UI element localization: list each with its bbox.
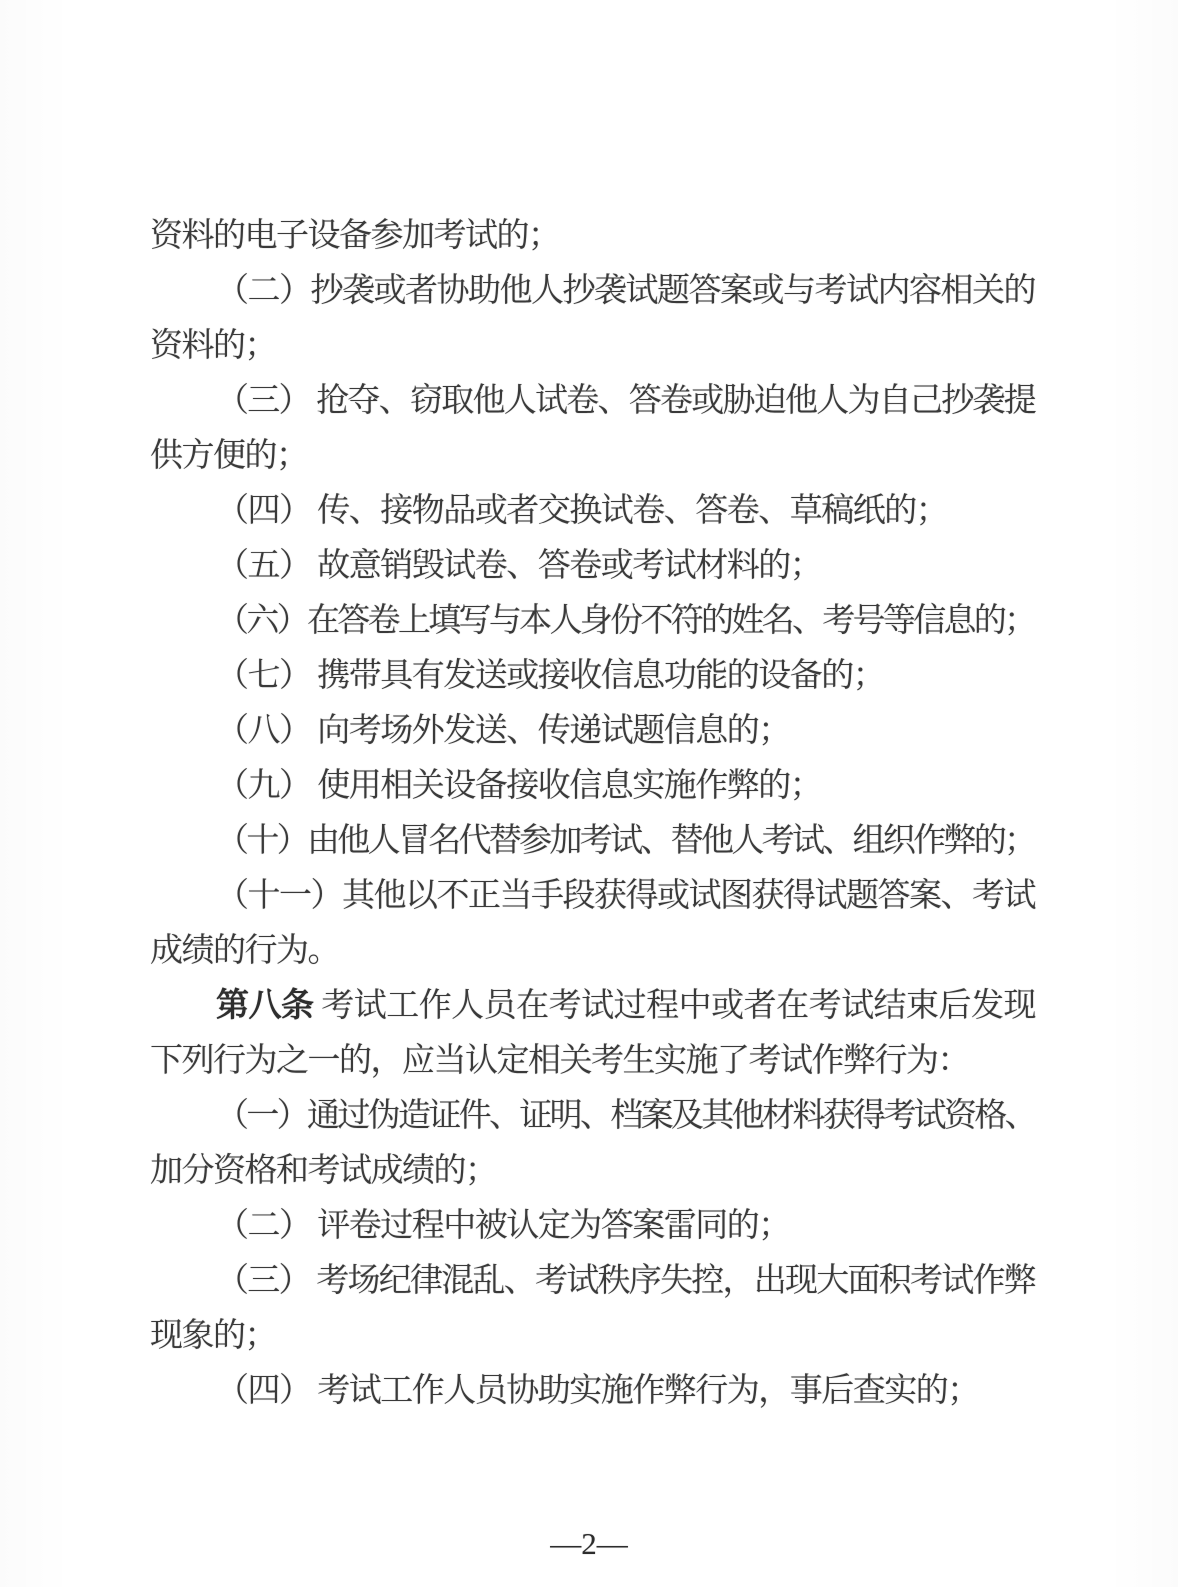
text-line: （一）通过伪造证件、证明、档案及其他材料获得考试资格、 [150, 1089, 1035, 1144]
article-number: 第八条 [216, 988, 313, 1024]
text-line: （八） 向考场外发送、传递试题信息的； [150, 704, 1035, 759]
text-line: （三） 考场纪律混乱、考试秩序失控，出现大面积考试作弊 [150, 1254, 1035, 1309]
text-line: 现象的； [150, 1309, 1035, 1364]
document-body: 资料的电子设备参加考试的；（二）抄袭或者协助他人抄袭试题答案或与考试内容相关的资… [150, 209, 1035, 1419]
text-line: （四） 传、接物品或者交换试卷、答卷、草稿纸的； [150, 484, 1035, 539]
text-line: （二）抄袭或者协助他人抄袭试题答案或与考试内容相关的 [150, 264, 1035, 319]
text-line: （三） 抢夺、窃取他人试卷、答卷或胁迫他人为自己抄袭提 [150, 374, 1035, 429]
text-line: 供方便的； [150, 429, 1035, 484]
page-number: —2— [0, 1526, 1178, 1562]
text-line: （六）在答卷上填写与本人身份不符的姓名、考号等信息的； [150, 594, 1035, 649]
text-line: （四） 考试工作人员协助实施作弊行为，事后查实的； [150, 1364, 1035, 1419]
text-line: （十）由他人冒名代替参加考试、替他人考试、组织作弊的； [150, 814, 1035, 869]
text-line: （二） 评卷过程中被认定为答案雷同的； [150, 1199, 1035, 1254]
text-line: 资料的电子设备参加考试的； [150, 209, 1035, 264]
text-line: （九） 使用相关设备接收信息实施作弊的； [150, 759, 1035, 814]
text-line: 加分资格和考试成绩的； [150, 1144, 1035, 1199]
text-line: （五） 故意销毁试卷、答卷或考试材料的； [150, 539, 1035, 594]
text-line: 资料的； [150, 319, 1035, 374]
document-page: 资料的电子设备参加考试的；（二）抄袭或者协助他人抄袭试题答案或与考试内容相关的资… [0, 0, 1178, 1587]
text-line: 成绩的行为。 [150, 924, 1035, 979]
text-line: 下列行为之一的，应当认定相关考生实施了考试作弊行为： [150, 1034, 1035, 1089]
text-line: （十一）其他以不正当手段获得或试图获得试题答案、考试 [150, 869, 1035, 924]
text-line: 第八条 考试工作人员在考试过程中或者在考试结束后发现 [150, 979, 1035, 1034]
text-line: （七） 携带具有发送或接收信息功能的设备的； [150, 649, 1035, 704]
